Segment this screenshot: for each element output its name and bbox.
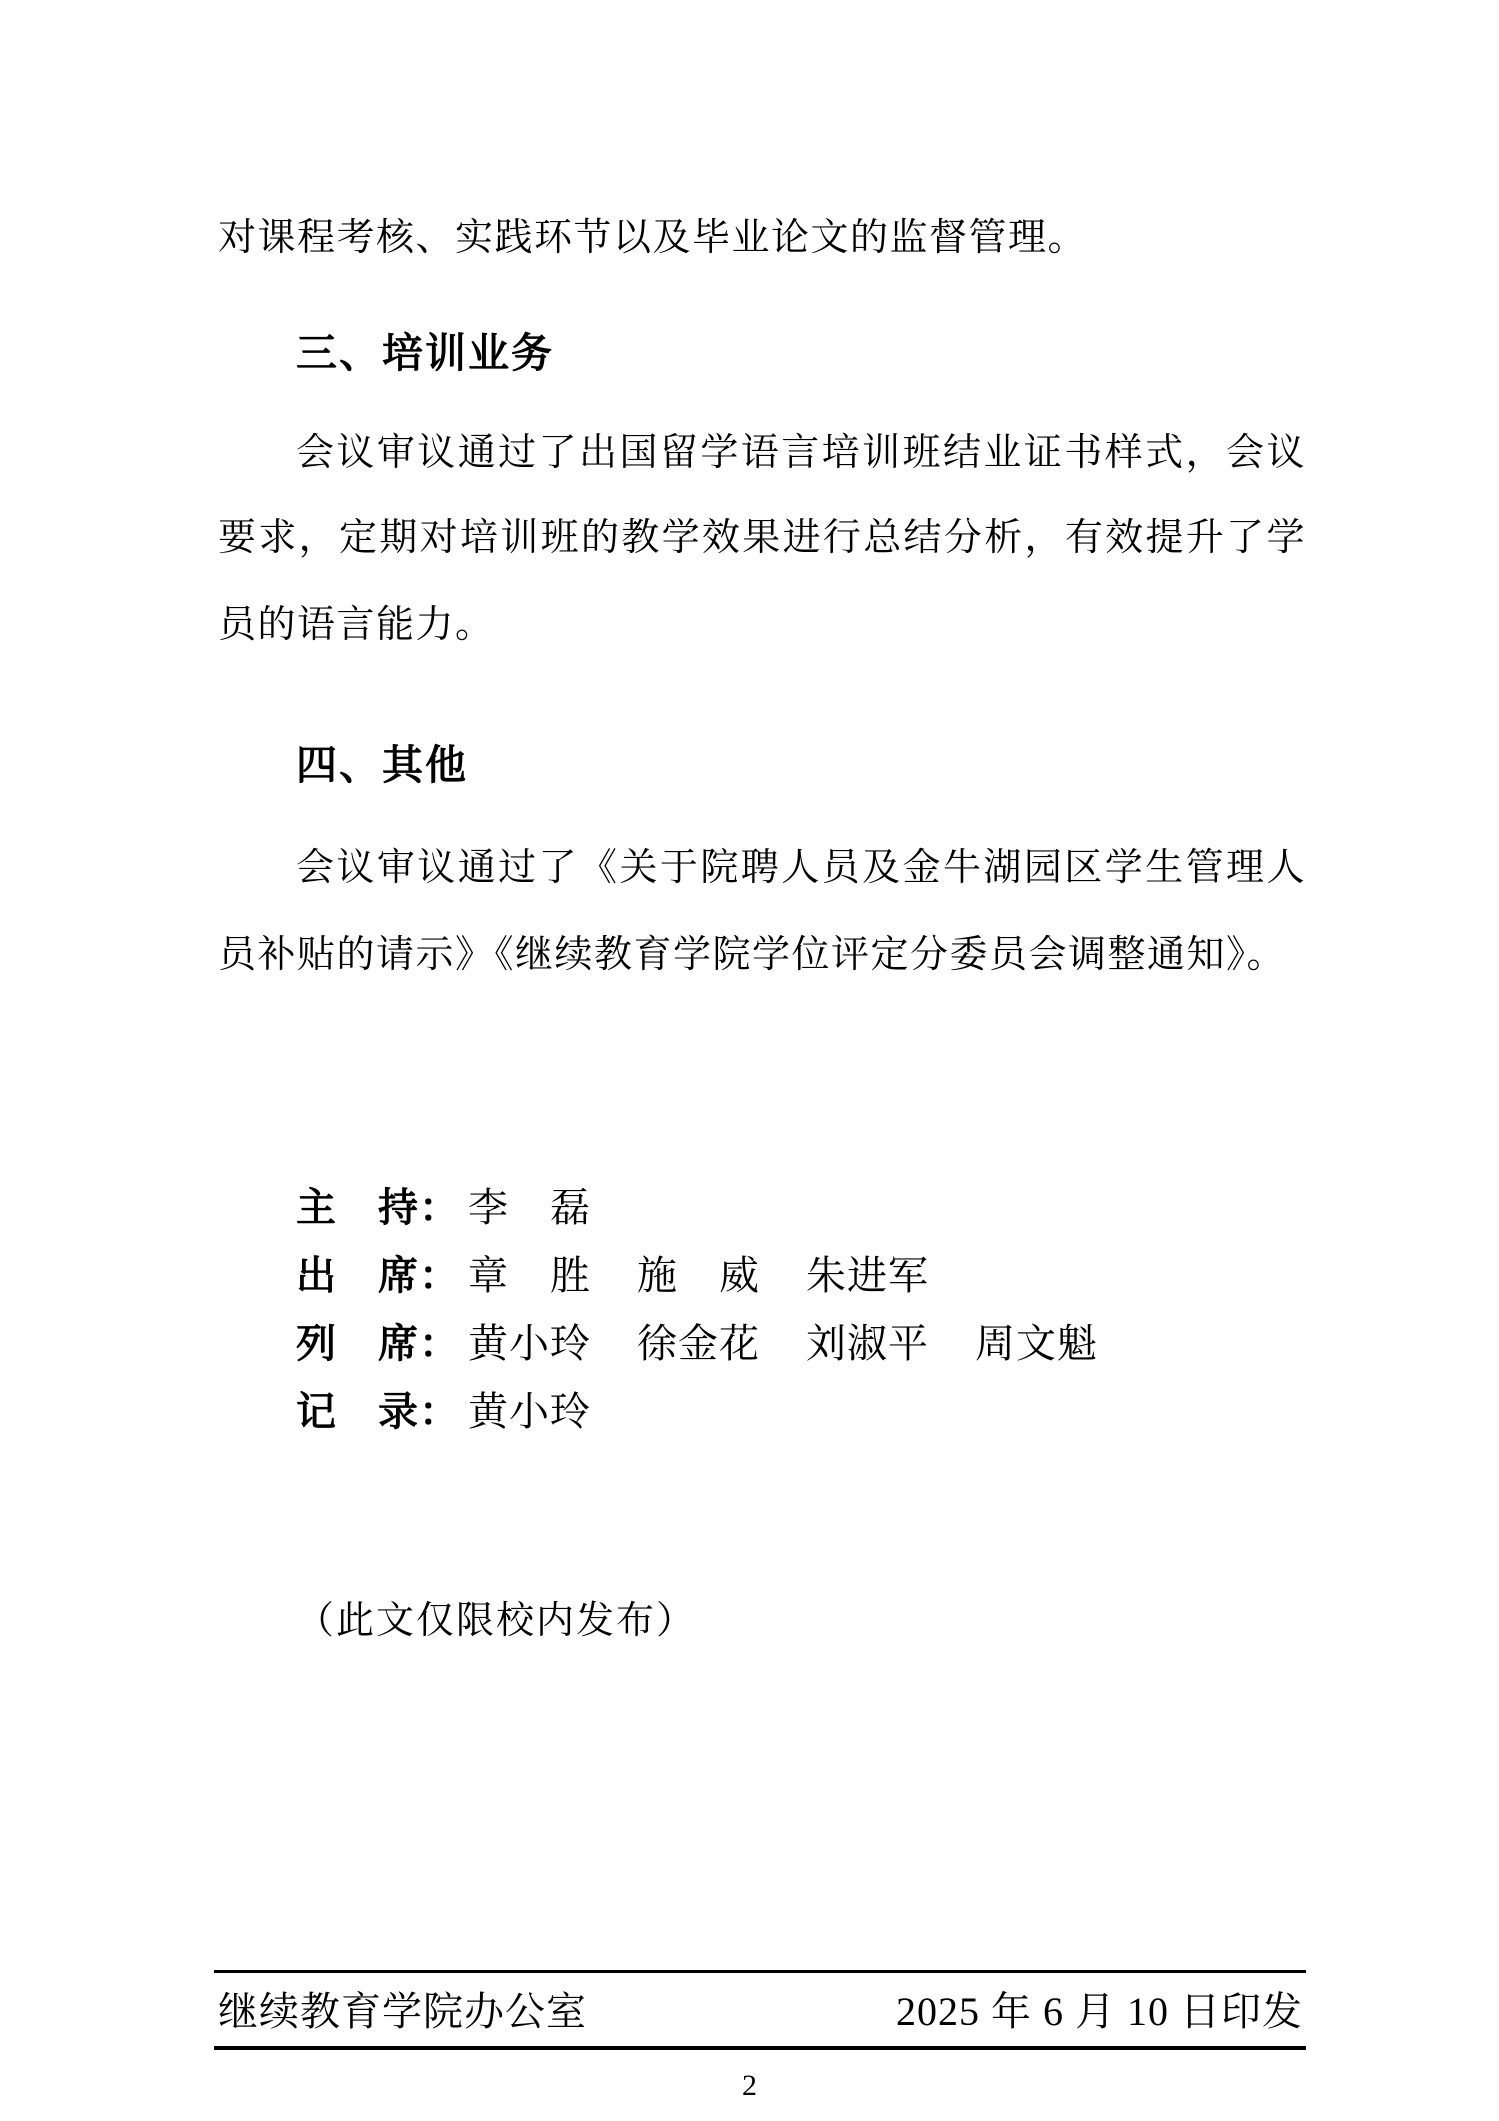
roster-name: 章 胜 [468, 1253, 591, 1298]
distribution-note: （此文仅限校内发布） [218, 1596, 696, 1646]
page-number: 2 [0, 2068, 1499, 2104]
roster-name: 黄小玲 [468, 1321, 591, 1366]
roster-row-host: 主 持：李 磊 [296, 1183, 591, 1233]
section-heading-3: 三、培训业务 [296, 328, 554, 378]
roster-name: 朱进军 [806, 1253, 929, 1298]
footer: 继续教育学院办公室 2025 年 6 月 10 日印发 [218, 1988, 1303, 2036]
roster-row-recorder: 记 录：黄小玲 [296, 1387, 591, 1437]
paragraph-line: 员的语言能力。 [218, 600, 1306, 650]
paragraph-line: 要求，定期对培训班的教学效果进行总结分析，有效提升了学 [218, 513, 1306, 563]
section-heading-4: 四、其他 [296, 740, 468, 790]
footer-rule-top [214, 1970, 1306, 1973]
roster-row-observers: 列 席：黄小玲徐金花刘淑平周文魁 [296, 1319, 1098, 1369]
roster-name: 李 磊 [468, 1185, 591, 1230]
footer-rule-bottom [214, 2046, 1306, 2050]
roster-label-attendees: 出 席： [296, 1254, 460, 1298]
paragraph-line: 员补贴的请示》《继续教育学院学位评定分委员会调整通知》。 [218, 930, 1306, 980]
roster-name: 周文魁 [975, 1321, 1098, 1366]
footer-issuing-office: 继续教育学院办公室 [218, 1988, 587, 2036]
footer-print-date: 2025 年 6 月 10 日印发 [896, 1988, 1303, 2036]
roster-name: 刘淑平 [806, 1321, 929, 1366]
roster-label-observers: 列 席： [296, 1322, 460, 1366]
roster-name: 黄小玲 [468, 1389, 591, 1434]
roster-row-attendees: 出 席：章 胜施 威朱进军 [296, 1251, 929, 1301]
roster-name: 徐金花 [637, 1321, 760, 1366]
body-continuation-line: 对课程考核、实践环节以及毕业论文的监督管理。 [218, 213, 1306, 263]
document-page: 对课程考核、实践环节以及毕业论文的监督管理。 三、培训业务 会议审议通过了出国留… [0, 0, 1499, 2121]
roster-name: 施 威 [637, 1253, 760, 1298]
paragraph-line: 会议审议通过了《关于院聘人员及金牛湖园区学生管理人 [218, 843, 1306, 893]
roster-label-host: 主 持： [296, 1186, 460, 1230]
paragraph-line: 会议审议通过了出国留学语言培训班结业证书样式，会议 [218, 428, 1306, 478]
roster-label-recorder: 记 录： [296, 1390, 460, 1434]
